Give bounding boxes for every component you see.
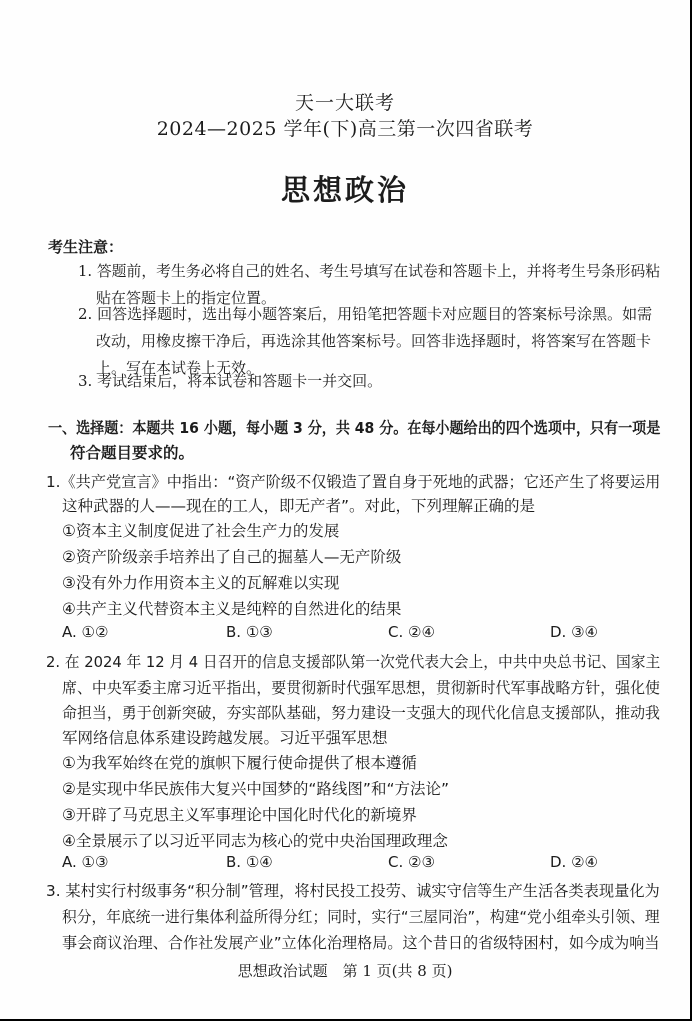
- page-footer: 思想政治试题 第 1 页(共 8 页): [0, 960, 690, 981]
- question-1-option-d: D. ③④: [550, 623, 598, 641]
- question-3-stem: 3. 某村实行村级事务“积分制”管理，将村民投工投劳、诚实守信等生产生活各类表现…: [46, 879, 660, 901]
- question-2-statement: ④全景展示了以习近平同志为核心的党中央治国理政理念: [62, 829, 448, 851]
- question-1-statement: ①资本主义制度促进了社会生产力的发展: [62, 519, 339, 541]
- section-heading: 一、选择题：本题共 16 小题，每小题 3 分，共 48 分。在每小题给出的四个…: [48, 416, 660, 438]
- question-1-stem: 这种武器的人——现在的工人，即无产者”。对此，下列理解正确的是: [62, 494, 535, 516]
- question-2-stem: 席、中央军委主席习近平指出，要贯彻新时代强军思想，贯彻新时代军事战略方针，强化使: [62, 676, 660, 698]
- question-1-option-c: C. ②④: [388, 623, 435, 641]
- question-1-option-b: B. ①③: [226, 623, 273, 641]
- notice-line: 1. 答题前，考生务必将自己的姓名、考生号填写在试卷和答题卡上，并将考生号条形码…: [78, 258, 660, 285]
- section-heading-cont: 符合题目要求的。: [70, 441, 194, 463]
- question-2-stem: 2. 在 2024 年 12 月 4 日召开的信息支援部队第一次党代表大会上，中…: [46, 650, 660, 672]
- question-1-option-a: A. ①②: [62, 623, 108, 641]
- exam-page: 天一大联考 2024—2025 学年(下)高三第一次四省联考 思想政治 考生注意…: [0, 0, 692, 1021]
- question-2-statement: ②是实现中华民族伟大复兴中国梦的“路线图”和“方法论”: [62, 777, 449, 799]
- exam-name: 2024—2025 学年(下)高三第一次四省联考: [0, 114, 690, 141]
- question-2-option-c: C. ②③: [388, 853, 435, 871]
- question-2-stem: 军网络信息体系建设跨越发展。习近平强军思想: [62, 726, 388, 748]
- notice-title: 考生注意：: [48, 236, 123, 257]
- question-2-statement: ③开辟了马克思主义军事理论中国化时代化的新境界: [62, 803, 417, 825]
- question-1-stem: 1.《共产党宣言》中指出：“资产阶级不仅锻造了置自身于死地的武器；它还产生了将要…: [46, 470, 660, 492]
- question-1-statement: ④共产主义代替资本主义是纯粹的自然进化的结果: [62, 597, 401, 619]
- question-1-statement: ③没有外力作用资本主义的瓦解难以实现: [62, 571, 339, 593]
- notice-line: 3. 考试结束后，将本试卷和答题卡一并交回。: [78, 368, 382, 395]
- question-2-statement: ①为我军始终在党的旗帜下履行使命提供了根本遵循: [62, 751, 417, 773]
- question-2-option-b: B. ①④: [226, 853, 273, 871]
- question-2-option-d: D. ②④: [550, 853, 598, 871]
- question-2-stem: 命担当，勇于创新突破，夯实部队基础，努力建设一支强大的现代化信息支援部队，推动我: [62, 701, 660, 723]
- question-3-stem: 事会商议治理、合作社发展产业”立体化治理格局。这个昔日的省级特困村，如今成为响当: [62, 931, 660, 953]
- question-1-statement: ②资产阶级亲手培养出了自己的掘墓人—无产阶级: [62, 545, 401, 567]
- question-2-option-a: A. ①③: [62, 853, 108, 871]
- question-3-stem: 积分，年底统一进行集体利益所得分红；同时，实行“三屋同治”，构建“党小组牵头引领…: [62, 905, 660, 927]
- notice-line: 2. 回答选择题时，选出每小题答案后，用铅笔把答题卡对应题目的答案标号涂黑。如需: [78, 301, 652, 328]
- subject-title: 思想政治: [0, 168, 690, 209]
- exam-series-title: 天一大联考: [0, 88, 690, 115]
- notice-line: 改动，用橡皮擦干净后，再选涂其他答案标号。回答非选择题时，将答案写在答题卡: [96, 328, 651, 355]
